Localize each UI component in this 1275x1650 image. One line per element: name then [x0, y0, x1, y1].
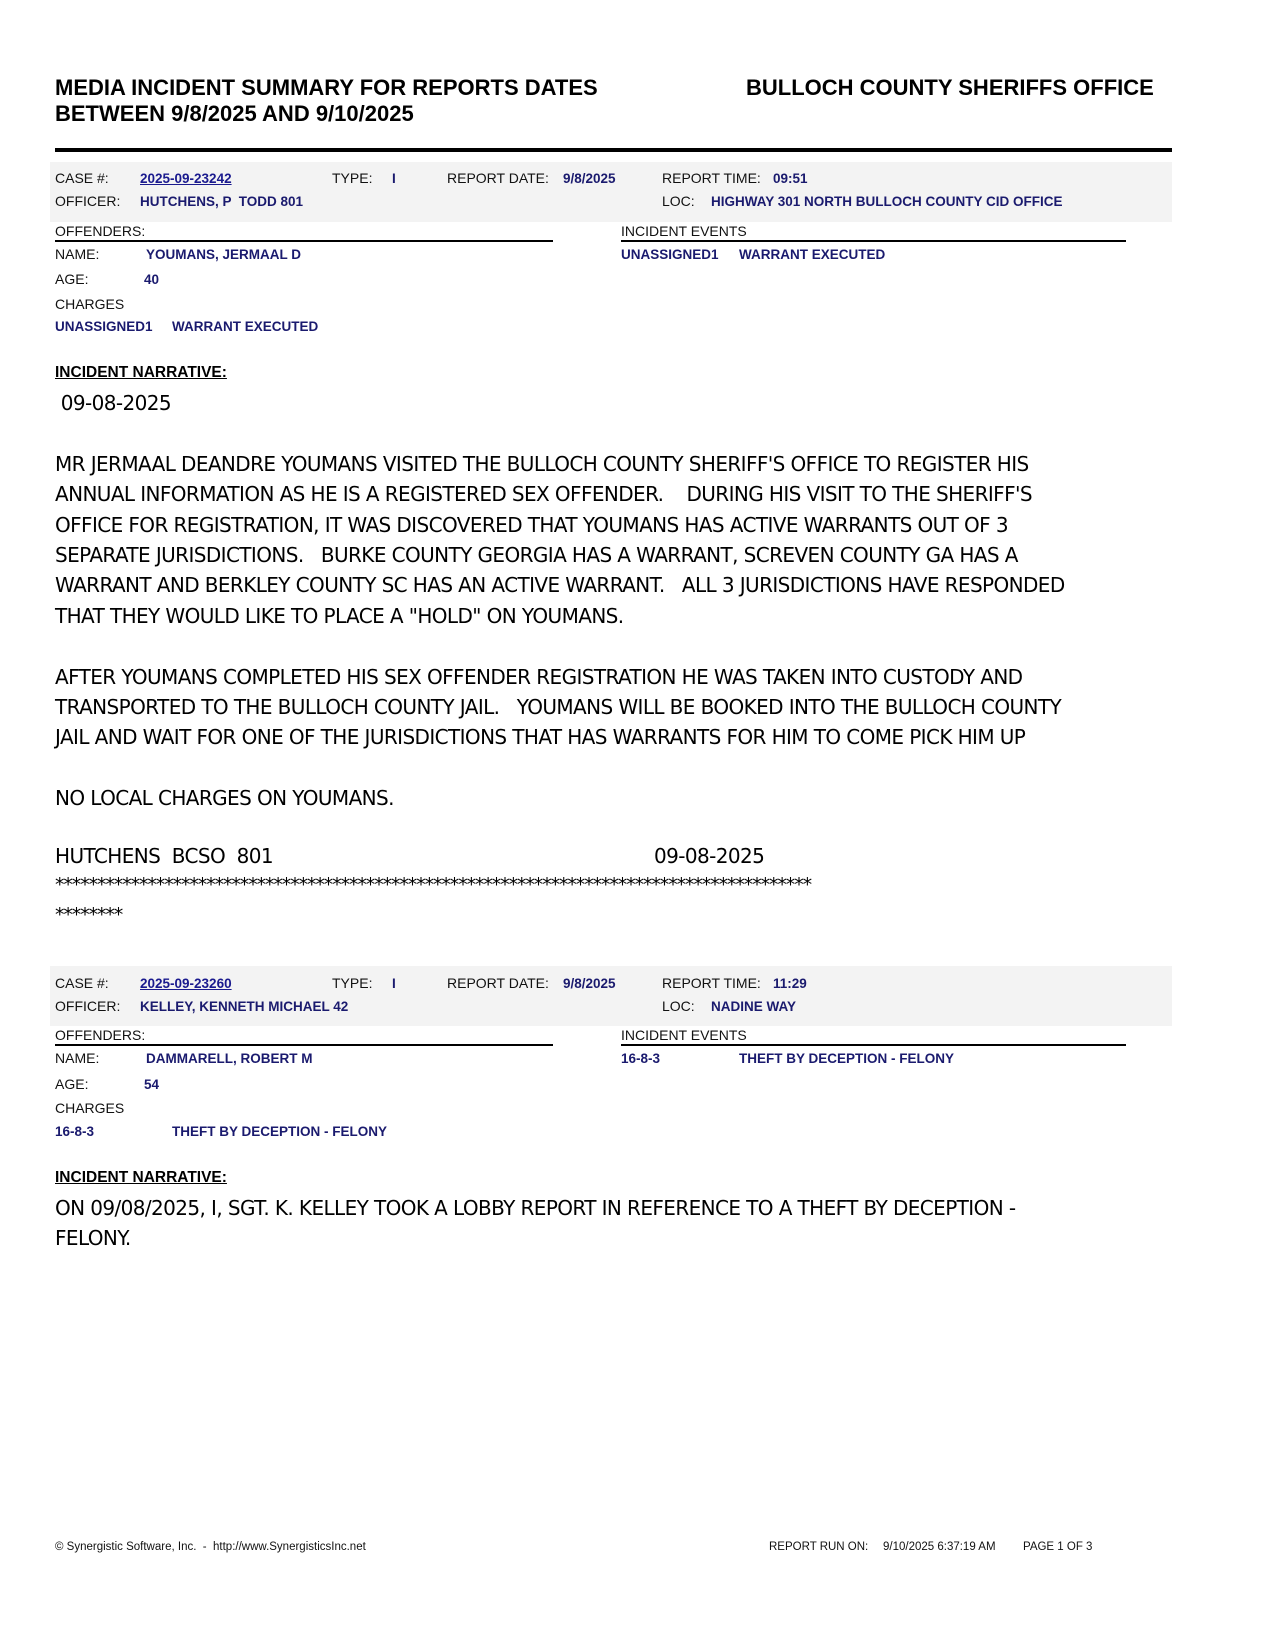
case-label: CASE #:	[55, 170, 109, 186]
case-label: CASE #:	[55, 975, 109, 991]
report-time-value: 11:29	[773, 976, 807, 991]
narrative-line: ANNUAL INFORMATION AS HE IS A REGISTERED…	[55, 479, 1065, 509]
age-label: AGE:	[55, 1076, 88, 1092]
offenders-underline	[55, 240, 553, 242]
charge-description: THEFT BY DECEPTION - FELONY	[172, 1124, 387, 1139]
loc-label: LOC:	[662, 193, 695, 209]
officer-label: OFFICER:	[55, 193, 120, 209]
report-run-timestamp: 9/10/2025 6:37:19 AM	[883, 1541, 996, 1553]
narrative-line: ON 09/08/2025, I, SGT. K. KELLEY TOOK A …	[55, 1193, 1015, 1223]
narrative-line: JAIL AND WAIT FOR ONE OF THE JURISDICTIO…	[55, 722, 1065, 752]
incident-narrative-label: INCIDENT NARRATIVE:	[55, 1169, 227, 1187]
incident-events-underline	[621, 240, 1126, 242]
offender-name: DAMMARELL, ROBERT M	[146, 1051, 312, 1066]
signature-name: HUTCHENS BCSO 801	[55, 844, 273, 868]
officer-value: KELLEY, KENNETH MICHAEL 42	[140, 999, 348, 1014]
incident-events-label: INCIDENT EVENTS	[621, 223, 747, 239]
loc-label: LOC:	[662, 998, 695, 1014]
report-date-value: 9/8/2025	[563, 976, 616, 991]
charges-label: CHARGES	[55, 296, 124, 312]
type-label: TYPE:	[332, 170, 372, 186]
charge-code: UNASSIGNED1	[55, 319, 153, 334]
report-title-line2: BETWEEN 9/8/2025 AND 9/10/2025	[55, 101, 414, 127]
incident-narrative-text: ON 09/08/2025, I, SGT. K. KELLEY TOOK A …	[55, 1193, 1015, 1254]
page-indicator: PAGE 1 OF 3	[1023, 1541, 1092, 1553]
type-value: I	[392, 171, 396, 186]
report-time-label: REPORT TIME:	[662, 975, 761, 991]
separator-line: ****************************************…	[55, 874, 811, 896]
narrative-line: NO LOCAL CHARGES ON YOUMANS.	[55, 783, 1065, 813]
narrative-line: THAT THEY WOULD LIKE TO PLACE A "HOLD" O…	[55, 601, 1065, 631]
offenders-label: OFFENDERS:	[55, 1027, 145, 1043]
narrative-line	[55, 418, 1065, 448]
name-label: NAME:	[55, 246, 99, 262]
report-time-value: 09:51	[773, 171, 808, 186]
narrative-line: FELONY.	[55, 1223, 1015, 1253]
incident-narrative-label: INCIDENT NARRATIVE:	[55, 364, 227, 382]
officer-value: HUTCHENS, P TODD 801	[140, 194, 303, 209]
event-code: UNASSIGNED1	[621, 247, 719, 262]
header-rule	[55, 148, 1172, 152]
event-description: WARRANT EXECUTED	[739, 247, 885, 262]
offender-age: 54	[144, 1077, 159, 1092]
agency-name: BULLOCH COUNTY SHERIFFS OFFICE	[746, 75, 1154, 101]
location-value: HIGHWAY 301 NORTH BULLOCH COUNTY CID OFF…	[711, 194, 1063, 209]
report-time-label: REPORT TIME:	[662, 170, 761, 186]
incident-events-underline	[621, 1044, 1126, 1046]
narrative-line: SEPARATE JURISDICTIONS. BURKE COUNTY GEO…	[55, 540, 1065, 570]
case-header-band	[50, 966, 1172, 1026]
narrative-line	[55, 814, 1065, 844]
charges-label: CHARGES	[55, 1100, 124, 1116]
narrative-line: AFTER YOUMANS COMPLETED HIS SEX OFFENDER…	[55, 662, 1065, 692]
offenders-label: OFFENDERS:	[55, 223, 145, 239]
offender-name: YOUMANS, JERMAAL D	[146, 247, 301, 262]
officer-label: OFFICER:	[55, 998, 120, 1014]
charge-code: 16-8-3	[55, 1124, 94, 1139]
separator-line-continued: ********	[55, 904, 122, 926]
event-description: THEFT BY DECEPTION - FELONY	[739, 1051, 954, 1066]
name-label: NAME:	[55, 1050, 99, 1066]
event-code: 16-8-3	[621, 1051, 660, 1066]
case-number-link[interactable]: 2025-09-23242	[140, 171, 232, 186]
report-date-value: 9/8/2025	[563, 171, 616, 186]
narrative-line	[55, 631, 1065, 661]
narrative-line: OFFICE FOR REGISTRATION, IT WAS DISCOVER…	[55, 510, 1065, 540]
report-date-label: REPORT DATE:	[447, 170, 549, 186]
narrative-line: MR JERMAAL DEANDRE YOUMANS VISITED THE B…	[55, 449, 1065, 479]
narrative-line: TRANSPORTED TO THE BULLOCH COUNTY JAIL. …	[55, 692, 1065, 722]
incident-narrative-text: 09-08-2025 MR JERMAAL DEANDRE YOUMANS VI…	[55, 388, 1065, 844]
type-value: I	[392, 976, 396, 991]
report-title-line1: MEDIA INCIDENT SUMMARY FOR REPORTS DATES	[55, 75, 598, 101]
charge-description: WARRANT EXECUTED	[172, 319, 318, 334]
type-label: TYPE:	[332, 975, 372, 991]
case-number-link[interactable]: 2025-09-23260	[140, 976, 232, 991]
incident-events-label: INCIDENT EVENTS	[621, 1027, 747, 1043]
narrative-line: WARRANT AND BERKLEY COUNTY SC HAS AN ACT…	[55, 570, 1065, 600]
offender-age: 40	[144, 272, 159, 287]
report-date-label: REPORT DATE:	[447, 975, 549, 991]
narrative-line: 09-08-2025	[55, 388, 1065, 418]
narrative-line	[55, 753, 1065, 783]
copyright-notice: © Synergistic Software, Inc. - http://ww…	[55, 1541, 366, 1553]
signature-date: 09-08-2025	[654, 844, 764, 868]
offenders-underline	[55, 1044, 553, 1046]
age-label: AGE:	[55, 271, 88, 287]
location-value: NADINE WAY	[711, 999, 796, 1014]
report-run-label: REPORT RUN ON:	[769, 1541, 868, 1553]
